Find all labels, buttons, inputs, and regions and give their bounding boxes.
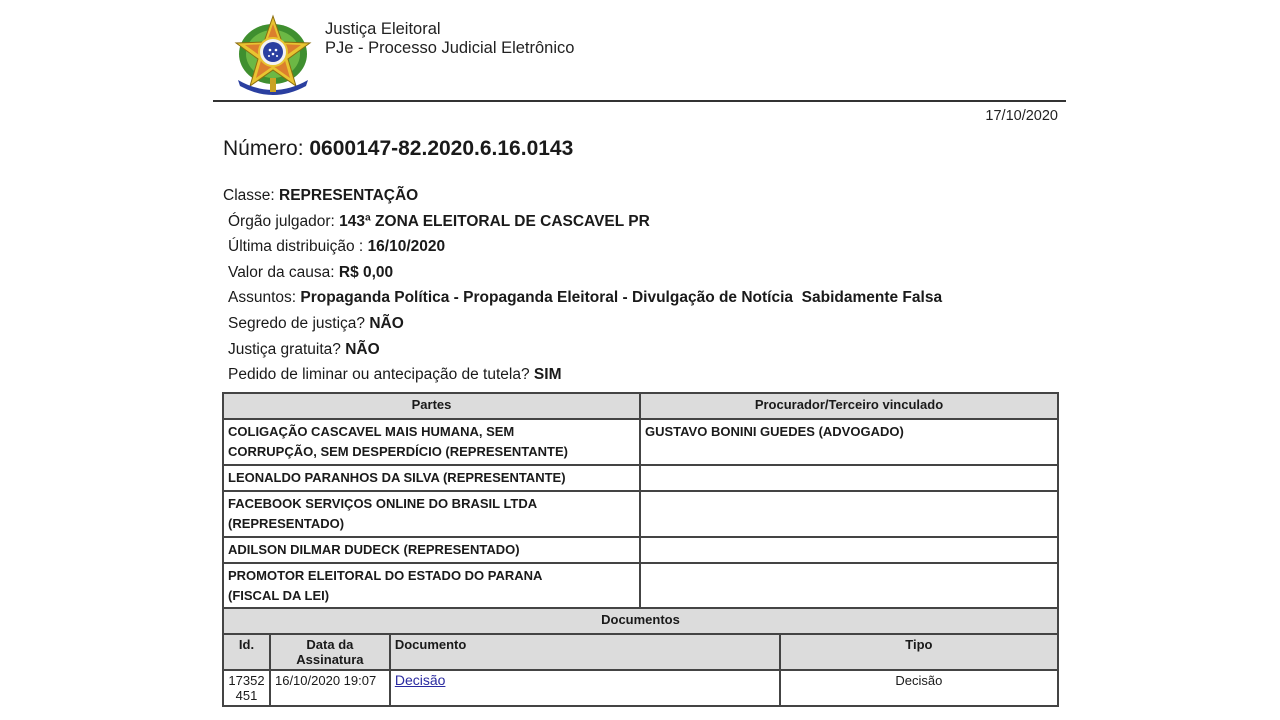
parte-line: CORRUPÇÃO, SEM DESPERDÍCIO (REPRESENTANT… (228, 442, 635, 462)
field-label: Valor da causa: (228, 264, 335, 281)
field-label: Justiça gratuita? (228, 341, 341, 358)
header-divider (213, 100, 1066, 102)
header-title-block: Justiça Eleitoral PJe - Processo Judicia… (325, 20, 574, 58)
field-assuntos: Assuntos: Propaganda Política - Propagan… (223, 285, 942, 311)
documento-cell: Decisão (390, 670, 780, 706)
field-label: Última distribuição : (228, 238, 363, 255)
field-value: SIM (534, 366, 562, 383)
id-line: 17352 (228, 673, 265, 688)
parte-line: FACEBOOK SERVIÇOS ONLINE DO BRASIL LTDA (228, 494, 635, 514)
table-row: FACEBOOK SERVIÇOS ONLINE DO BRASIL LTDA(… (223, 491, 1058, 537)
field-label: Segredo de justiça? (228, 315, 365, 332)
field-classe: Classe: REPRESENTAÇÃO (223, 183, 942, 209)
field-segredo-justica: Segredo de justiça? NÃO (223, 311, 942, 337)
documentos-table: Documentos Id. Data daAssinatura Documen… (222, 607, 1059, 707)
field-pedido-liminar: Pedido de liminar ou antecipação de tute… (223, 362, 942, 388)
data-assinatura-header: Data daAssinatura (270, 634, 390, 670)
header-line: Data da (275, 637, 385, 652)
procurador-cell (640, 537, 1058, 563)
parte-line: (REPRESENTADO) (228, 514, 635, 534)
header-line: Assinatura (275, 652, 385, 667)
procurador-header: Procurador/Terceiro vinculado (640, 393, 1058, 419)
document-date: 17/10/2020 (985, 108, 1058, 124)
tipo-header: Tipo (780, 634, 1058, 670)
field-label: Órgão julgador: (228, 213, 335, 230)
parte-line: LEONALDO PARANHOS DA SILVA (REPRESENTANT… (228, 468, 635, 488)
parte-line: COLIGAÇÃO CASCAVEL MAIS HUMANA, SEM (228, 422, 635, 442)
header-line-1: Justiça Eleitoral (325, 20, 574, 39)
procurador-cell (640, 563, 1058, 609)
field-ultima-distribuicao: Última distribuição : 16/10/2020 (223, 234, 942, 260)
id-header: Id. (223, 634, 270, 670)
table-row: COLIGAÇÃO CASCAVEL MAIS HUMANA, SEMCORRU… (223, 419, 1058, 465)
table-row: ADILSON DILMAR DUDECK (REPRESENTADO) (223, 537, 1058, 563)
field-value: REPRESENTAÇÃO (279, 187, 418, 204)
field-orgao-julgador: Órgão julgador: 143ª ZONA ELEITORAL DE C… (223, 209, 942, 235)
field-value: R$ 0,00 (339, 264, 393, 281)
field-value: Propaganda Política - Propaganda Eleitor… (300, 289, 942, 306)
parte-cell: COLIGAÇÃO CASCAVEL MAIS HUMANA, SEMCORRU… (223, 419, 640, 465)
field-justica-gratuita: Justiça gratuita? NÃO (223, 337, 942, 363)
parte-line: ADILSON DILMAR DUDECK (REPRESENTADO) (228, 540, 635, 560)
table-row: 17352451 16/10/2020 19:07 Decisão Decisã… (223, 670, 1058, 706)
documento-link[interactable]: Decisão (395, 672, 446, 688)
brazil-coat-of-arms-icon (232, 12, 314, 98)
partes-header-row: Partes Procurador/Terceiro vinculado (223, 393, 1058, 419)
id-cell: 17352451 (223, 670, 270, 706)
field-label: Assuntos: (228, 289, 296, 306)
process-number-label: Número: (223, 137, 304, 160)
documentos-header-row: Id. Data daAssinatura Documento Tipo (223, 634, 1058, 670)
partes-table: Partes Procurador/Terceiro vinculado COL… (222, 392, 1059, 610)
parte-cell: ADILSON DILMAR DUDECK (REPRESENTADO) (223, 537, 640, 563)
parte-cell: PROMOTOR ELEITORAL DO ESTADO DO PARANA(F… (223, 563, 640, 609)
parte-cell: LEONALDO PARANHOS DA SILVA (REPRESENTANT… (223, 465, 640, 491)
documentos-caption: Documentos (223, 608, 1058, 634)
parte-line: PROMOTOR ELEITORAL DO ESTADO DO PARANA (228, 566, 635, 586)
partes-header: Partes (223, 393, 640, 419)
process-number-value: 0600147-82.2020.6.16.0143 (309, 137, 573, 160)
documento-header: Documento (390, 634, 780, 670)
table-row: LEONALDO PARANHOS DA SILVA (REPRESENTANT… (223, 465, 1058, 491)
procurador-cell (640, 491, 1058, 537)
field-label: Classe: (223, 187, 275, 204)
field-value: NÃO (345, 341, 379, 358)
field-label: Pedido de liminar ou antecipação de tute… (228, 366, 530, 383)
header-line-2: PJe - Processo Judicial Eletrônico (325, 39, 574, 58)
id-line: 451 (228, 688, 265, 703)
parte-line: (FISCAL DA LEI) (228, 586, 635, 606)
data-cell: 16/10/2020 19:07 (270, 670, 390, 706)
process-details: Classe: REPRESENTAÇÃO Órgão julgador: 14… (223, 183, 942, 388)
table-row: PROMOTOR ELEITORAL DO ESTADO DO PARANA(F… (223, 563, 1058, 609)
field-valor-causa: Valor da causa: R$ 0,00 (223, 260, 942, 286)
documentos-caption-row: Documentos (223, 608, 1058, 634)
tipo-cell: Decisão (780, 670, 1058, 706)
parte-cell: FACEBOOK SERVIÇOS ONLINE DO BRASIL LTDA(… (223, 491, 640, 537)
process-number: Número: 0600147-82.2020.6.16.0143 (223, 137, 573, 161)
field-value: 16/10/2020 (368, 238, 446, 255)
procurador-cell (640, 465, 1058, 491)
procurador-cell: GUSTAVO BONINI GUEDES (ADVOGADO) (640, 419, 1058, 465)
field-value: 143ª ZONA ELEITORAL DE CASCAVEL PR (339, 213, 650, 230)
field-value: NÃO (369, 315, 403, 332)
